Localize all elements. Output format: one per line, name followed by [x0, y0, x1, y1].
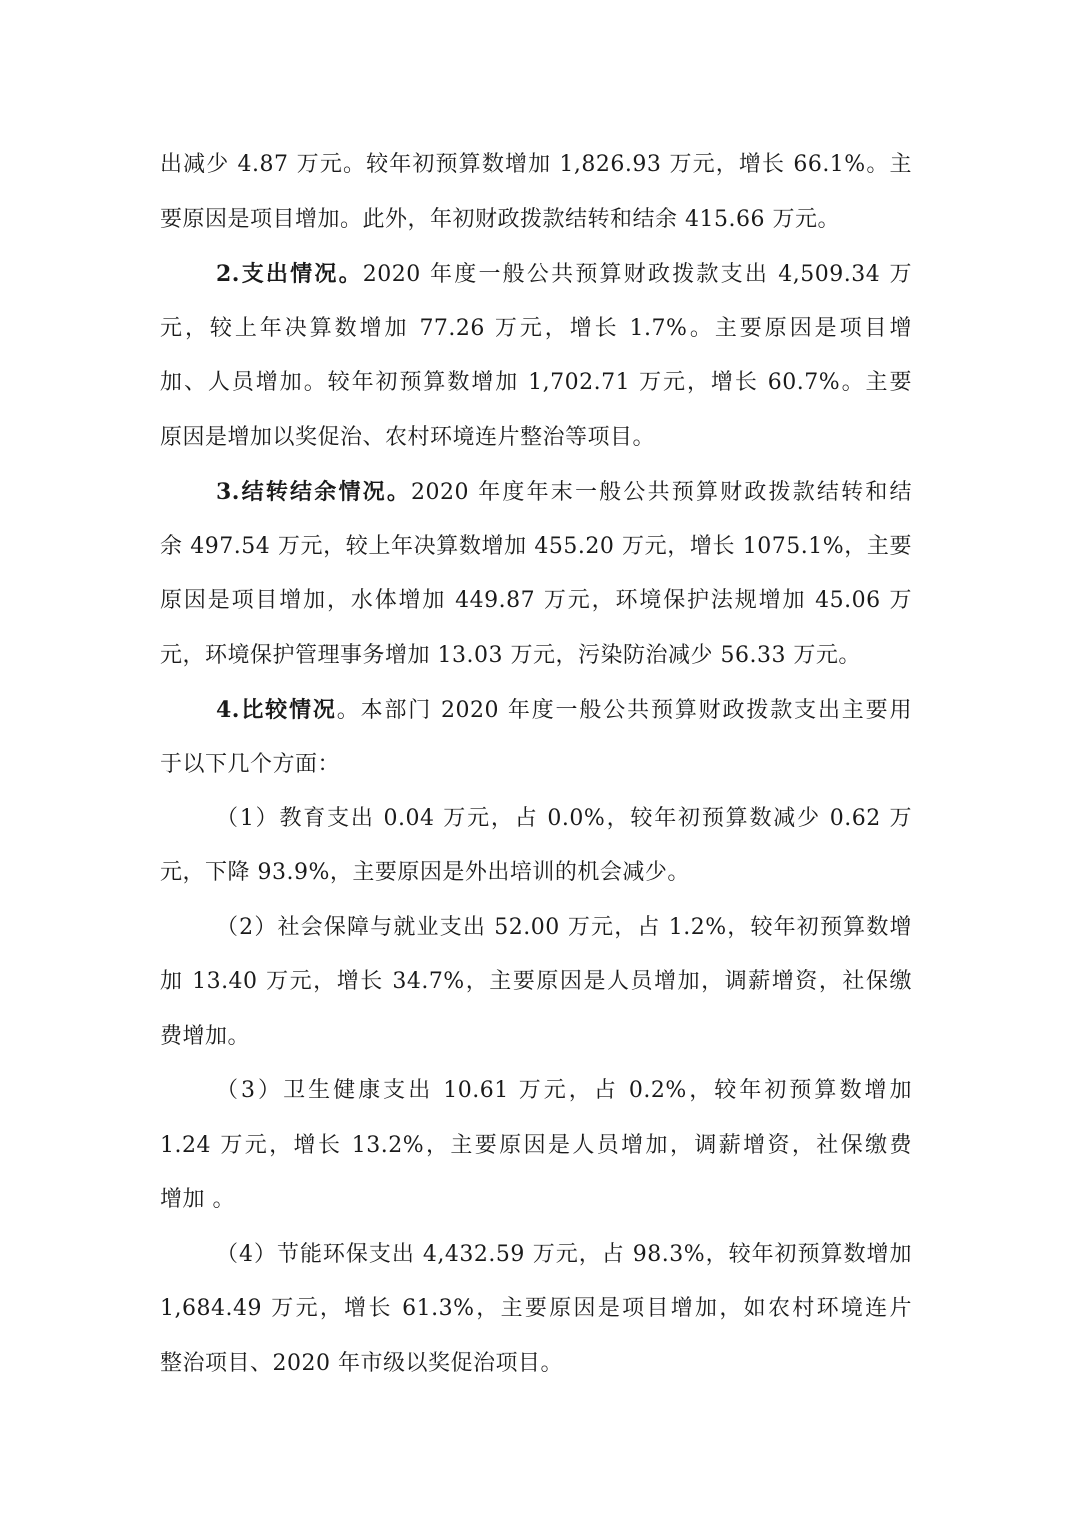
text-line: 于以下几个方面：: [160, 750, 340, 780]
text-line: 要原因是项目增加。此外，年初财政拨款结转和结余 415.66 万元。: [160, 205, 840, 235]
document-page: 出减少 4.87 万元。较年初预算数增加 1,826.93 万元，增长 66.1…: [0, 0, 1075, 1521]
text-line: 加、人员增加。较年初预算数增加 1,702.71 万元，增长 60.7%。主要: [160, 368, 912, 398]
text-line: （3）卫生健康支出 10.61 万元，占 0.2%，较年初预算数增加: [160, 1076, 912, 1106]
text-line: （2）社会保障与就业支出 52.00 万元，占 1.2%，较年初预算数增: [160, 913, 912, 943]
text-line: 整治项目、2020 年市级以奖促治项目。: [160, 1349, 563, 1379]
text-line: 1.24 万元，增长 13.2%，主要原因是人员增加，调薪增资，社保缴费: [160, 1131, 912, 1161]
text-line: 增加 。: [160, 1185, 235, 1215]
text-line: 2.支出情况。2020 年度一般公共预算财政拨款支出 4,509.34 万: [160, 259, 912, 289]
section-heading: 2.支出情况。: [216, 261, 363, 287]
text-line: 元，下降 93.9%，主要原因是外出培训的机会减少。: [160, 858, 690, 888]
text-line: 出减少 4.87 万元。较年初预算数增加 1,826.93 万元，增长 66.1…: [160, 150, 912, 180]
text-line: 加 13.40 万元，增长 34.7%，主要原因是人员增加，调薪增资，社保缴: [160, 967, 912, 997]
text-line: 余 497.54 万元，较上年决算数增加 455.20 万元，增长 1075.1…: [160, 532, 912, 562]
text-span: 2020 年度年末一般公共预算财政拨款结转和结: [411, 480, 912, 505]
text-line: 费增加。: [160, 1022, 250, 1052]
text-line: 3.结转结余情况。2020 年度年末一般公共预算财政拨款结转和结: [160, 477, 912, 507]
text-line: 元，较上年决算数增加 77.26 万元，增长 1.7%。主要原因是项目增: [160, 314, 912, 344]
text-span: 。本部门 2020 年度一般公共预算财政拨款支出主要用: [337, 698, 912, 723]
text-line: 1,684.49 万元，增长 61.3%，主要原因是项目增加，如农村环境连片: [160, 1294, 912, 1324]
text-line: 元，环境保护管理事务增加 13.03 万元，污染防治减少 56.33 万元。: [160, 641, 861, 671]
text-span: 2020 年度一般公共预算财政拨款支出 4,509.34 万: [363, 262, 912, 287]
section-heading: 4.比较情况: [216, 697, 337, 723]
text-line: 原因是项目增加，水体增加 449.87 万元，环境保护法规增加 45.06 万: [160, 586, 912, 616]
text-line: （4）节能环保支出 4,432.59 万元，占 98.3%，较年初预算数增加: [160, 1240, 912, 1270]
text-line: 4.比较情况。本部门 2020 年度一般公共预算财政拨款支出主要用: [160, 695, 912, 725]
section-heading: 3.结转结余情况。: [216, 479, 411, 505]
text-line: （1）教育支出 0.04 万元，占 0.0%，较年初预算数减少 0.62 万: [160, 804, 912, 834]
text-line: 原因是增加以奖促治、农村环境连片整治等项目。: [160, 423, 655, 453]
